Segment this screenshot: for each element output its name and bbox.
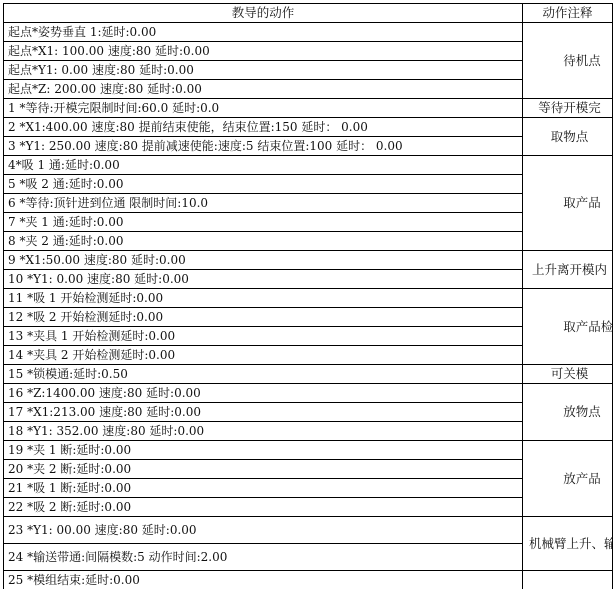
table-row: 12 *吸 2 开始检测延时:0.00	[4, 308, 613, 327]
table-row: 起点*Z: 200.00 速度:80 延时:0.00	[4, 80, 613, 99]
table-row: 4*吸 1 通:延时:0.00 取产品	[4, 156, 613, 175]
note-standby-point: 待机点	[523, 23, 613, 99]
note-text: 放产品	[563, 472, 576, 486]
table-row: 21 *吸 1 断:延时:0.00	[4, 479, 613, 498]
table-row: 起点*姿势垂直 1:延时:0.00 待机点	[4, 23, 613, 42]
table-row: 22 *吸 2 断:延时:0.00	[4, 498, 613, 517]
action-cell: 15 *锁模通:延时:0.50	[4, 365, 523, 384]
action-cell: 2 *X1:400.00 速度:80 提前结束使能，结束位置:150 延时： 0…	[4, 118, 523, 137]
action-cell: 起点*X1: 100.00 速度:80 延时:0.00	[4, 42, 523, 61]
table-row: 17 *X1:213.00 速度:80 延时:0.00	[4, 403, 613, 422]
note-arm-rise-conveyor: 机械臂上升、输送带输送产品	[523, 517, 613, 571]
table-row: 5 *吸 2 通:延时:0.00	[4, 175, 613, 194]
action-cell: 16 *Z:1400.00 速度:80 延时:0.00	[4, 384, 523, 403]
table-row: 1 *等待:开模完限制时间:60.0 延时:0.0 等待开模完	[4, 99, 613, 118]
note-place-point: 放物点	[523, 384, 613, 441]
action-cell: 13 *夹具 1 开始检测延时:0.00	[4, 327, 523, 346]
action-cell: 4*吸 1 通:延时:0.00	[4, 156, 523, 175]
note-text: 取产品	[563, 196, 576, 210]
action-cell: 20 *夹 2 断:延时:0.00	[4, 460, 523, 479]
table-row: 19 *夹 1 断:延时:0.00 放产品	[4, 441, 613, 460]
action-cell: 19 *夹 1 断:延时:0.00	[4, 441, 523, 460]
action-cell: 24 *输送带通:间隔模数:5 动作时间:2.00	[4, 544, 523, 571]
header-action: 教导的动作	[4, 4, 523, 23]
note-pick-product: 取产品	[523, 156, 613, 251]
action-cell: 1 *等待:开模完限制时间:60.0 延时:0.0	[4, 99, 523, 118]
table-row: 14 *夹具 2 开始检测延时:0.00	[4, 346, 613, 365]
note-pick-point: 取物点	[523, 118, 613, 156]
action-cell: 8 *夹 2 通:延时:0.00	[4, 232, 523, 251]
table-row: 7 *夹 1 通:延时:0.00	[4, 213, 613, 232]
note-wait-mold-open: 等待开模完	[523, 99, 613, 118]
note-place-product: 放产品	[523, 441, 613, 517]
table-row: 2 *X1:400.00 速度:80 提前结束使能，结束位置:150 延时： 0…	[4, 118, 613, 137]
teach-program-table: 教导的动作 动作注释 起点*姿势垂直 1:延时:0.00 待机点 起点*X1: …	[3, 3, 613, 589]
action-cell: 3 *Y1: 250.00 速度:80 提前减速使能:速度:5 结束位置:100…	[4, 137, 523, 156]
header-note: 动作注释	[523, 4, 613, 23]
note-text: 放物点	[563, 405, 576, 419]
table-row: 10 *Y1: 0.00 速度:80 延时:0.00	[4, 270, 613, 289]
action-cell: 23 *Y1: 00.00 速度:80 延时:0.00	[4, 517, 523, 544]
table-row: 3 *Y1: 250.00 速度:80 提前减速使能:速度:5 结束位置:100…	[4, 137, 613, 156]
action-cell: 17 *X1:213.00 速度:80 延时:0.00	[4, 403, 523, 422]
note-text: 待机点	[563, 54, 576, 68]
table-row: 25 *模组结束:延时:0.00	[4, 571, 613, 589]
action-cell: 5 *吸 2 通:延时:0.00	[4, 175, 523, 194]
table-row: 20 *夹 2 断:延时:0.00	[4, 460, 613, 479]
table-row: 起点*X1: 100.00 速度:80 延时:0.00	[4, 42, 613, 61]
table-row: 16 *Z:1400.00 速度:80 延时:0.00 放物点	[4, 384, 613, 403]
table-row: 起点*Y1: 0.00 速度:80 延时:0.00	[4, 61, 613, 80]
note-pick-product-check: 取产品检测	[523, 289, 613, 365]
action-cell: 18 *Y1: 352.00 速度:80 延时:0.00	[4, 422, 523, 441]
action-cell: 14 *夹具 2 开始检测延时:0.00	[4, 346, 523, 365]
table-row: 8 *夹 2 通:延时:0.00	[4, 232, 613, 251]
action-cell: 10 *Y1: 0.00 速度:80 延时:0.00	[4, 270, 523, 289]
action-cell: 7 *夹 1 通:延时:0.00	[4, 213, 523, 232]
action-cell: 21 *吸 1 断:延时:0.00	[4, 479, 523, 498]
note-end	[523, 571, 613, 589]
table-row: 24 *输送带通:间隔模数:5 动作时间:2.00	[4, 544, 613, 571]
action-cell: 11 *吸 1 开始检测延时:0.00	[4, 289, 523, 308]
action-cell: 起点*Z: 200.00 速度:80 延时:0.00	[4, 80, 523, 99]
table-row: 18 *Y1: 352.00 速度:80 延时:0.00	[4, 422, 613, 441]
table-row: 6 *等待:顶针进到位通 限制时间:10.0	[4, 194, 613, 213]
table-row: 15 *锁模通:延时:0.50 可关模	[4, 365, 613, 384]
header-row: 教导的动作 动作注释	[4, 4, 613, 23]
note-can-close-mold: 可关模	[523, 365, 613, 384]
table-row: 13 *夹具 1 开始检测延时:0.00	[4, 327, 613, 346]
table-row: 11 *吸 1 开始检测延时:0.00 取产品检测	[4, 289, 613, 308]
note-rise-leave-mold: 上升离开模内	[523, 251, 613, 289]
action-cell: 起点*Y1: 0.00 速度:80 延时:0.00	[4, 61, 523, 80]
action-cell: 9 *X1:50.00 速度:80 延时:0.00	[4, 251, 523, 270]
action-cell: 25 *模组结束:延时:0.00	[4, 571, 523, 589]
note-text: 取产品检测	[563, 320, 576, 334]
table-row: 23 *Y1: 00.00 速度:80 延时:0.00 机械臂上升、输送带输送产…	[4, 517, 613, 544]
action-cell: 22 *吸 2 断:延时:0.00	[4, 498, 523, 517]
action-cell: 12 *吸 2 开始检测延时:0.00	[4, 308, 523, 327]
action-cell: 起点*姿势垂直 1:延时:0.00	[4, 23, 523, 42]
table-row: 9 *X1:50.00 速度:80 延时:0.00 上升离开模内	[4, 251, 613, 270]
action-cell: 6 *等待:顶针进到位通 限制时间:10.0	[4, 194, 523, 213]
